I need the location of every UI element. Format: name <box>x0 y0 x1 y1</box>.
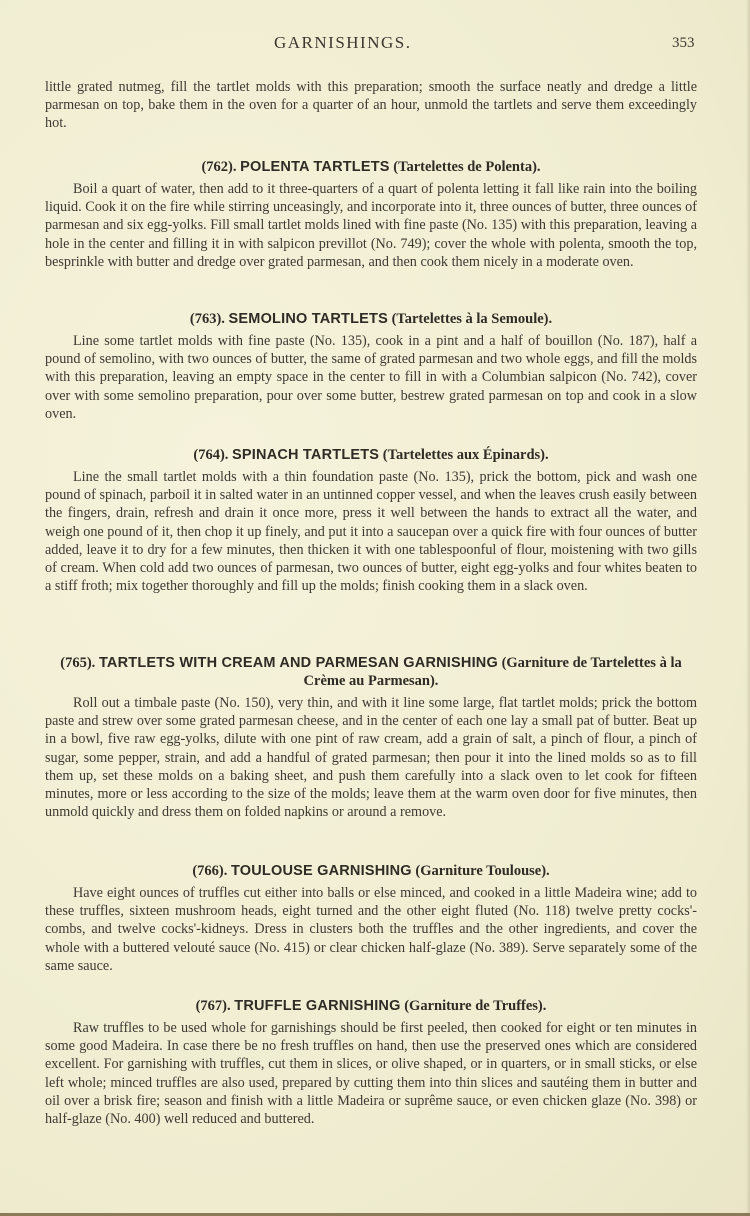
recipe-body: Have eight ounces of truffles cut either… <box>45 884 697 975</box>
page-edge-shadow <box>746 0 750 1216</box>
recipe-heading: (766). TOULOUSE GARNISHING (Garniture To… <box>45 862 697 880</box>
running-title: GARNISHINGS. <box>274 33 411 53</box>
recipe-766: (766). TOULOUSE GARNISHING (Garniture To… <box>45 862 697 975</box>
recipe-body: Raw truffles to be used whole for garnis… <box>45 1019 697 1128</box>
recipe-762: (762). POLENTA TARTLETS (Tartelettes de … <box>45 158 697 271</box>
recipe-french-title: (Tartelettes aux Épinards). <box>383 447 549 463</box>
recipe-title: SPINACH TARTLETS <box>232 447 379 463</box>
recipe-french-title: (Tartelettes à la Semoule). <box>392 311 553 327</box>
recipe-heading: (767). TRUFFLE GARNISHING (Garniture de … <box>45 997 697 1015</box>
recipe-number: (766). <box>192 863 227 879</box>
recipe-french-title: (Garniture de Truffes). <box>404 998 546 1014</box>
page-number: 353 <box>672 35 695 52</box>
recipe-body: Line some tartlet molds with fine paste … <box>45 332 697 423</box>
recipe-title: POLENTA TARTLETS <box>240 159 390 175</box>
recipe-heading: (762). POLENTA TARTLETS (Tartelettes de … <box>45 158 697 176</box>
recipe-number: (762). <box>201 159 236 175</box>
recipe-number: (767). <box>196 998 231 1014</box>
recipe-heading: (765). TARTLETS WITH CREAM AND PARMESAN … <box>45 654 697 690</box>
recipe-body: Line the small tartlet molds with a thin… <box>45 468 697 595</box>
recipe-body: Roll out a timbale paste (No. 150), very… <box>45 694 697 821</box>
recipe-title: TRUFFLE GARNISHING <box>234 998 400 1014</box>
continuation-paragraph: little grated nutmeg, fill the tartlet m… <box>45 78 697 133</box>
book-page: GARNISHINGS. 353 little grated nutmeg, f… <box>0 0 750 1216</box>
recipe-764: (764). SPINACH TARTLETS (Tartelettes aux… <box>45 446 697 595</box>
recipe-title: TOULOUSE GARNISHING <box>231 863 412 879</box>
recipe-heading: (764). SPINACH TARTLETS (Tartelettes aux… <box>45 446 697 464</box>
recipe-number: (763). <box>190 311 225 327</box>
recipe-number: (764). <box>193 447 228 463</box>
recipe-french-title: (Garniture Toulouse). <box>415 863 549 879</box>
recipe-number: (765). <box>60 655 95 671</box>
recipe-heading: (763). SEMOLINO TARTLETS (Tartelettes à … <box>45 310 697 328</box>
recipe-title: TARTLETS WITH CREAM AND PARMESAN GARNISH… <box>99 655 498 671</box>
running-head: GARNISHINGS. 353 <box>0 33 750 55</box>
recipe-title: SEMOLINO TARTLETS <box>229 311 388 327</box>
recipe-body: Boil a quart of water, then add to it th… <box>45 180 697 271</box>
recipe-767: (767). TRUFFLE GARNISHING (Garniture de … <box>45 997 697 1128</box>
recipe-765: (765). TARTLETS WITH CREAM AND PARMESAN … <box>45 654 697 821</box>
recipe-763: (763). SEMOLINO TARTLETS (Tartelettes à … <box>45 310 697 423</box>
recipe-french-title: (Tartelettes de Polenta). <box>393 159 540 175</box>
continuation-text: little grated nutmeg, fill the tartlet m… <box>45 78 697 133</box>
